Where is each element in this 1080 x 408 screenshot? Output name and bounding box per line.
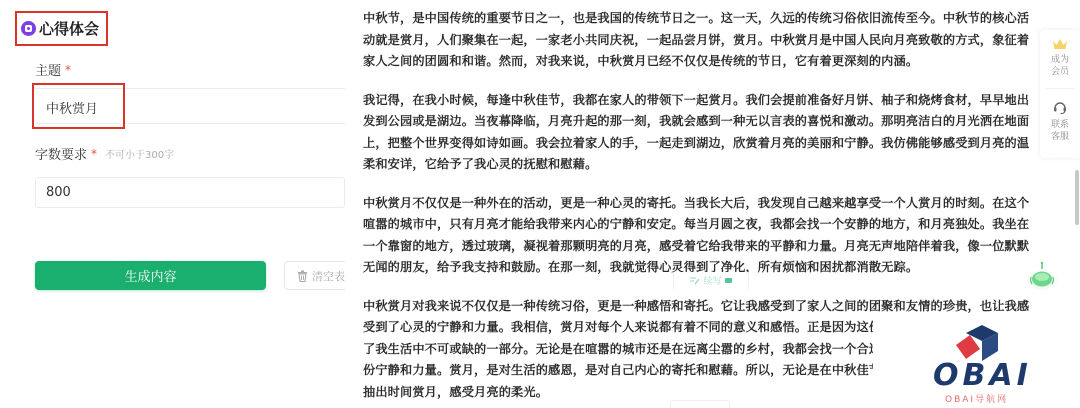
crown-icon xyxy=(1052,38,1068,50)
bottom-toolbar-edge xyxy=(670,400,730,408)
generate-button-label: 生成内容 xyxy=(124,266,176,285)
rewrite-label: 续写 xyxy=(703,274,721,287)
scrollbar[interactable] xyxy=(1075,170,1079,225)
article-paragraph: 我记得，在我小时候，每逢中秋佳节，我都在家人的带领下一起赏月。我们会提前准备好月… xyxy=(363,90,1038,176)
clear-button-label: 清空表 xyxy=(312,268,345,284)
watermark-subtitle: OBAI导航网 xyxy=(945,392,1008,405)
side-divider xyxy=(1046,88,1074,89)
word-count-label-text: 字数要求 xyxy=(35,144,87,163)
robot-icon xyxy=(1025,260,1059,290)
word-count-label: 字数要求 * 不可小于300字 xyxy=(35,144,174,163)
contact-support-button[interactable]: 联系客服 xyxy=(1050,99,1070,143)
become-member-label: 成为会员 xyxy=(1050,54,1070,78)
article-paragraph: 中秋赏月不仅仅是一种外在的活动，更是一种心灵的寄托。当我长大后，我发现自己越来越… xyxy=(363,193,1038,279)
side-panel: 成为会员 联系客服 xyxy=(1040,30,1080,158)
headset-icon xyxy=(1052,99,1068,115)
required-mark: * xyxy=(65,63,71,77)
vip-crown-icon xyxy=(725,278,732,283)
badge-star-icon xyxy=(21,21,36,36)
form-header: 心得体会 xyxy=(15,11,108,46)
edit-icon xyxy=(690,276,700,285)
watermark-logo: OBAI OBAI导航网 xyxy=(873,320,1080,408)
trash-icon xyxy=(297,270,308,282)
become-member-button[interactable]: 成为会员 xyxy=(1050,38,1070,78)
topic-label-text: 主题 xyxy=(35,60,61,79)
form-title: 心得体会 xyxy=(39,18,99,39)
ai-assistant-bot[interactable] xyxy=(1025,260,1059,290)
generator-form: 心得体会 主题 * 中秋赏月 字数要求 * 不可小于300字 800 生成内容 … xyxy=(0,0,345,408)
article-paragraph: 中秋节，是中国传统的重要节日之一，也是我国的传统节日之一。这一天，久远的传统习俗… xyxy=(363,8,1038,73)
topic-label: 主题 * xyxy=(35,60,71,79)
clear-form-button[interactable]: 清空表 xyxy=(284,261,345,290)
generate-button[interactable]: 生成内容 xyxy=(35,261,266,290)
required-mark: * xyxy=(91,147,97,161)
word-count-value[interactable]: 800 xyxy=(46,185,71,200)
topic-highlight-box xyxy=(32,83,125,129)
contact-support-label: 联系客服 xyxy=(1050,119,1070,143)
word-count-input[interactable]: 800 xyxy=(35,177,345,208)
word-count-hint: 不可小于300字 xyxy=(105,146,174,161)
rewrite-toolbar[interactable]: 续写 xyxy=(673,272,749,289)
watermark-brand: OBAI xyxy=(933,358,1032,393)
